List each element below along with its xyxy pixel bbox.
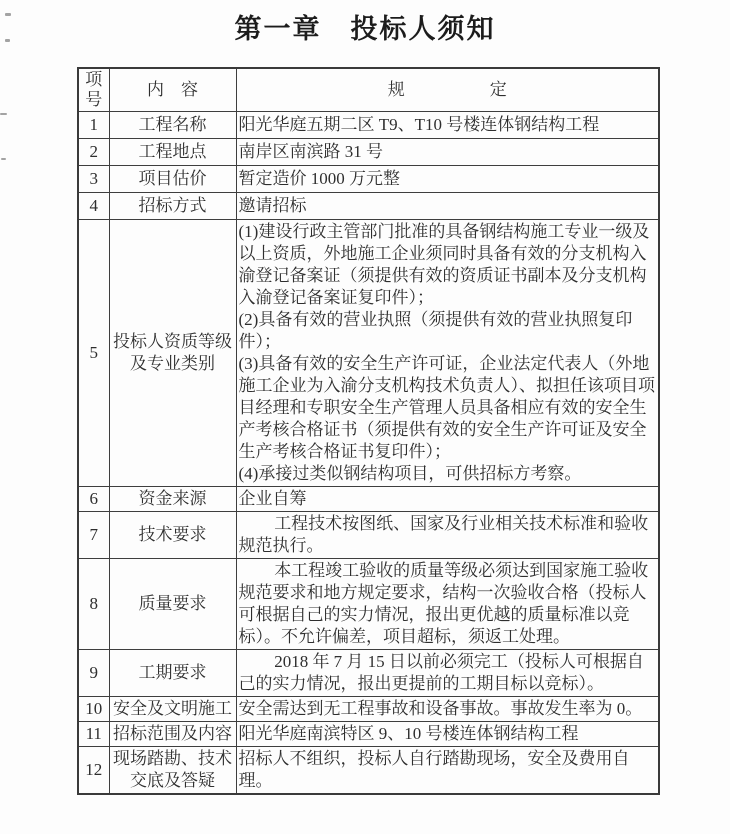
row-number: 12: [78, 747, 109, 795]
row-regulation: 暂定造价 1000 万元整: [236, 166, 659, 193]
row-content: 安全及文明施工: [109, 697, 236, 722]
row-regulation: 招标人不组织，投标人自行踏勘现场，安全及费用自理。: [236, 747, 659, 795]
row-content: 技术要求: [109, 512, 236, 559]
bidder-instructions-table: 项号 内 容 规 定 1 工程名称 阳光华庭五期二区 T9、T10 号楼连体钢结…: [77, 67, 660, 795]
row-content: 招标方式: [109, 193, 236, 220]
row-content: 工程地点: [109, 139, 236, 166]
row-number: 3: [78, 166, 109, 193]
row-number: 1: [78, 112, 109, 139]
table-row-tender-scope: 11 招标范围及内容 阳光华庭南滨特区 9、10 号楼连体钢结构工程: [78, 722, 659, 747]
row-content: 现场踏勘、技术交底及答疑: [109, 747, 236, 795]
row-regulation: 阳光华庭南滨特区 9、10 号楼连体钢结构工程: [236, 722, 659, 747]
row-regulation: 南岸区南滨路 31 号: [236, 139, 659, 166]
row-content: 质量要求: [109, 559, 236, 650]
row-number: 9: [78, 650, 109, 697]
scan-artifact: [1, 158, 6, 160]
row-number: 7: [78, 512, 109, 559]
table-row-bidder-qualification: 5 投标人资质等级及专业类别 (1)建设行政主管部门批准的具备钢结构施工专业一级…: [78, 220, 659, 487]
row-regulation: (1)建设行政主管部门批准的具备钢结构施工专业一级及以上资质，外地施工企业须同时…: [236, 220, 659, 487]
row-regulation: 阳光华庭五期二区 T9、T10 号楼连体钢结构工程: [236, 112, 659, 139]
table-row-funding-source: 6 资金来源 企业自筹: [78, 487, 659, 512]
row-regulation: 2018 年 7 月 15 日以前必须完工（投标人可根据自己的实力情况，报出更提…: [236, 650, 659, 697]
row-content: 项目估价: [109, 166, 236, 193]
table-row-project-location: 2 工程地点 南岸区南滨路 31 号: [78, 139, 659, 166]
row-number: 4: [78, 193, 109, 220]
document-page: 第一章 投标人须知 项号 内 容 规 定 1 工程名称 阳光华庭五期二区 T9、…: [0, 0, 730, 834]
row-content: 资金来源: [109, 487, 236, 512]
row-number: 6: [78, 487, 109, 512]
row-regulation: 安全需达到无工程事故和设备事故。事故发生率为 0。: [236, 697, 659, 722]
table-row-quality-requirements: 8 质量要求 本工程竣工验收的质量等级必须达到国家施工验收规范要求和地方规定要求…: [78, 559, 659, 650]
row-content: 投标人资质等级及专业类别: [109, 220, 236, 487]
table-row-tender-method: 4 招标方式 邀请招标: [78, 193, 659, 220]
row-regulation: 邀请招标: [236, 193, 659, 220]
table-row-schedule-requirements: 9 工期要求 2018 年 7 月 15 日以前必须完工（投标人可根据自己的实力…: [78, 650, 659, 697]
header-content: 内 容: [109, 68, 236, 112]
row-number: 5: [78, 220, 109, 487]
table-row-project-name: 1 工程名称 阳光华庭五期二区 T9、T10 号楼连体钢结构工程: [78, 112, 659, 139]
scan-artifact: [5, 13, 11, 16]
header-regulation: 规 定: [236, 68, 659, 112]
table-row-site-survey: 12 现场踏勘、技术交底及答疑 招标人不组织，投标人自行踏勘现场，安全及费用自理…: [78, 747, 659, 795]
row-number: 11: [78, 722, 109, 747]
row-content: 招标范围及内容: [109, 722, 236, 747]
row-number: 2: [78, 139, 109, 166]
table-header-row: 项号 内 容 规 定: [78, 68, 659, 112]
row-regulation: 企业自筹: [236, 487, 659, 512]
header-item-no: 项号: [78, 68, 109, 112]
row-regulation: 本工程竣工验收的质量等级必须达到国家施工验收规范要求和地方规定要求，结构一次验收…: [236, 559, 659, 650]
table-row-project-estimate: 3 项目估价 暂定造价 1000 万元整: [78, 166, 659, 193]
row-number: 8: [78, 559, 109, 650]
table-row-technical-requirements: 7 技术要求 工程技术按图纸、国家及行业相关技术标准和验收规范执行。: [78, 512, 659, 559]
row-number: 10: [78, 697, 109, 722]
scan-artifact: [5, 39, 10, 42]
row-regulation: 工程技术按图纸、国家及行业相关技术标准和验收规范执行。: [236, 512, 659, 559]
row-content: 工期要求: [109, 650, 236, 697]
scan-artifact: [0, 113, 7, 115]
page-title: 第一章 投标人须知: [0, 0, 730, 49]
table-row-safety-civilized-construction: 10 安全及文明施工 安全需达到无工程事故和设备事故。事故发生率为 0。: [78, 697, 659, 722]
row-content: 工程名称: [109, 112, 236, 139]
